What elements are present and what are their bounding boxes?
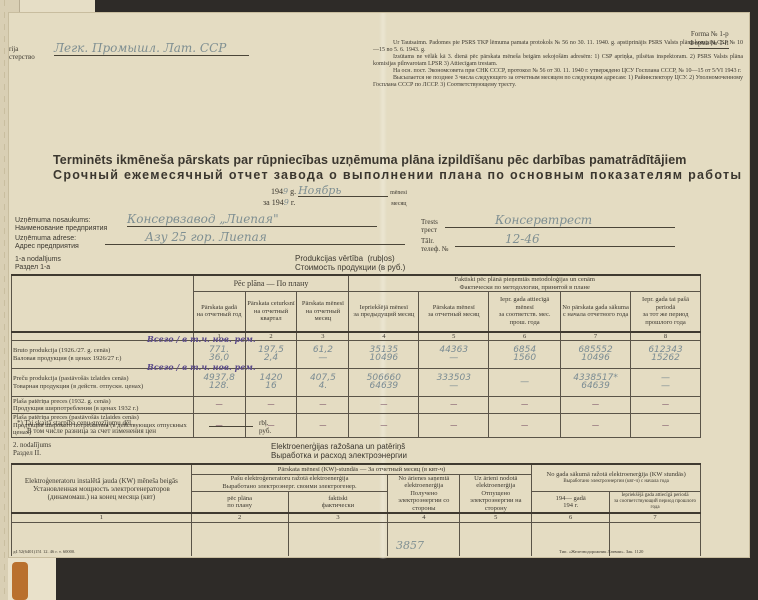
col-number-3: 3 <box>288 513 388 522</box>
cell: 50666064639 <box>349 369 419 397</box>
cell: — <box>419 397 489 414</box>
year-prefix-lv: 194 <box>271 187 283 196</box>
footnote-unit: rbļ. руб. <box>259 419 271 435</box>
ministry-value: Легк. Промышл. Лат. ССР <box>54 41 249 56</box>
year-digit-ru: 9 <box>284 198 289 207</box>
year-digit-lv: 9 <box>283 187 288 196</box>
row-label: Plaša patēriņa preces (1932. g. cenās) П… <box>12 397 194 414</box>
section2-heading: Elektroenerģijas ražošana un patēriņš Вы… <box>271 442 407 460</box>
col-number-5: 5 <box>460 513 532 522</box>
trust-label: Trests трест <box>421 218 438 234</box>
col-number-7: 7 <box>610 513 701 522</box>
instructions-ru-2: Высылается не позднее 3 числа следующего… <box>373 75 743 89</box>
year-prefix-ru: за 194 <box>263 198 284 207</box>
col-number-7: 7 <box>561 332 631 341</box>
cell: 333503— <box>419 369 489 397</box>
period-block: 1949 g. Ноябрь mēnesi за 1949 г. месяц <box>271 185 407 208</box>
row2-annotation: Всего / в т.ч. нов. рем. <box>147 363 256 372</box>
table-row-commodity-output: Preču produkcija (pastāvošās izlaides ce… <box>12 369 701 397</box>
cell: — <box>245 397 297 414</box>
cell: — <box>193 397 245 414</box>
year-suffix-lv: g. <box>290 187 296 196</box>
col-number-3: 3 <box>297 332 349 341</box>
cell: — <box>297 414 349 438</box>
address-label-ru: Адрес предприятия <box>15 243 79 251</box>
price-change-footnote: *) Tai skaitā starpība cenu grozījumu dē… <box>17 419 156 435</box>
row-label: Preču produkcija (pastāvošās izlaides ce… <box>12 369 194 397</box>
plan-header: pēc plānaпо плану <box>191 492 288 513</box>
fact-group-header-ru: Фактически по методологии, принятой в пл… <box>350 284 699 292</box>
row-label-header <box>12 275 194 332</box>
year-previous-header: Iepriekšējā gada attiecīgā periodāза соо… <box>610 492 701 513</box>
address-label: Uzņēmuma adrese: Адрес предприятия <box>15 235 79 251</box>
trust-label-ru: трест <box>421 226 438 234</box>
col-number-6: 6 <box>489 332 561 341</box>
cell: 68541560 <box>489 341 561 369</box>
cell: — <box>631 397 701 414</box>
phone-label-ru: телеф. № <box>421 245 449 253</box>
col-header-6: Iepr. gada attiecīgā mēnesīза соответств… <box>489 292 561 332</box>
cell: 44363— <box>419 341 489 369</box>
tape-stain <box>12 562 28 600</box>
year-current-header: 194— gadā194 г. <box>532 492 610 513</box>
phone-label-lv: Tālr. <box>421 237 449 245</box>
cell: 4338517*64639 <box>561 369 631 397</box>
printer-info: Тип. «Железнодорожник Латвии». Зак. 1120 <box>559 549 643 554</box>
cell: — <box>489 414 561 438</box>
cell: — <box>297 397 349 414</box>
col-number-6: 6 <box>532 513 610 522</box>
fact-group-header-lv: Faktiski pēc plānā pieņemtās metodoloģij… <box>350 276 699 284</box>
table-row-consumer-goods-1932: Plaša patēriņa preces (1932. g. cenās) П… <box>12 397 701 414</box>
paper-edge <box>20 0 95 12</box>
instructions-block: Ur Tautsaimn. Padomes pie PSRS TKP lēmum… <box>373 40 743 89</box>
footnote-value-line <box>209 426 253 427</box>
col-number-4: 4 <box>388 513 460 522</box>
section1-label-lv: 1-a nodalījums <box>15 256 61 264</box>
row1-annotation: Всего / в т.ч. нов. рем. <box>147 335 256 344</box>
cell: 142016 <box>245 369 297 397</box>
month-value: Ноябрь <box>298 185 388 197</box>
section2-label: 2. nodalījums Раздел II. <box>13 441 51 457</box>
print-code: д4 52(6401)151 12. 46 г. т. 60000. <box>13 549 75 554</box>
month-label-ru: месяц <box>391 201 406 207</box>
address-value: Азу 25 гор. Лиепая <box>105 230 405 245</box>
received-header: No ārienes saņemtā elektroenerģija Получ… <box>388 474 460 513</box>
footnote-ru: В том числе разница за счет изменения це… <box>17 427 156 435</box>
cell: 68555210496 <box>561 341 631 369</box>
report-form-sheet: rija стерство Легк. Промышл. Лат. ССР Fo… <box>8 12 750 558</box>
cell: — <box>349 414 419 438</box>
section1-heading-ru: Стоимость продукции <box>295 263 376 272</box>
cell: 4937,8128. <box>193 369 245 397</box>
month-group-header: Pārskata mēnesī (KW)-stundās — За отчетн… <box>191 464 532 474</box>
col-number-1: 1 <box>12 513 192 522</box>
month-label-lv: mēnesi <box>390 190 407 196</box>
cell: 3513510496 <box>349 341 419 369</box>
enterprise-name-label: Uzņēmuma nosaukums: Наименование предпри… <box>15 217 107 233</box>
instructions-ru-1: На осн. пост. Экономсовета при СНК СССР,… <box>373 68 743 75</box>
cell <box>460 522 532 556</box>
section1-heading-lv: Produkcijas vērtība <box>295 254 363 263</box>
plan-group-header: Pēc plāna — По плану <box>193 275 349 292</box>
production-value-table: Pēc plāna — По плану Faktiski pēc plānā … <box>11 274 701 438</box>
own-generation-header: Pašu elektroģeneratoru ražotā elektroene… <box>191 474 388 492</box>
installed-capacity-header: Elektroģeneratoru instalētā jauda (KW) m… <box>12 464 192 513</box>
phone-label: Tālr. телеф. № <box>421 237 449 253</box>
cell: 407,54. <box>297 369 349 397</box>
col-number-4: 4 <box>349 332 419 341</box>
col-number-5: 5 <box>419 332 489 341</box>
cell: — <box>349 397 419 414</box>
footnote-lv: *) Tai skaitā starpība cenu grozījumu dē… <box>17 419 156 427</box>
section1-heading: Produkcijas vērtība (rubļos) Стоимость п… <box>295 254 405 272</box>
year-group-header: No gada sākumā ražotā elektroenerģija (K… <box>532 464 701 492</box>
col-number-8: 8 <box>631 332 701 341</box>
section1-unit-lv: (rubļos) <box>367 254 394 263</box>
archive-tape <box>8 558 56 600</box>
col-header-8: Iepr. gada tai pašā periodāза тот же пер… <box>631 292 701 332</box>
cell: — <box>631 414 701 438</box>
cell <box>288 522 388 556</box>
trust-label-lv: Trests <box>421 218 438 226</box>
col-header-3: Pārskata mēnesīна отчетный месяц <box>297 292 349 332</box>
col-number-2: 2 <box>191 513 288 522</box>
col-header-2: Pārskata ceturksnīна отчетный квартал <box>245 292 297 332</box>
form-number-lv: Forma № 1-p <box>689 30 729 39</box>
section1-unit-ru: (в руб.) <box>378 263 405 272</box>
cell: — <box>561 414 631 438</box>
year-suffix-ru: г. <box>291 198 295 207</box>
cell: — <box>489 369 561 397</box>
instructions-lv-2: Izsūtams ne vēlāk kā 3. dienā pēc pārska… <box>373 54 743 68</box>
col-header-5: Pārskata mēnesīза отчетный месяц <box>419 292 489 332</box>
cell: — <box>489 397 561 414</box>
instructions-lv-1: Ur Tautsaimn. Padomes pie PSRS TKP lēmum… <box>373 40 743 54</box>
col-header-7: No pārskata gada sākumaс начала отчетног… <box>561 292 631 332</box>
cell: — <box>561 397 631 414</box>
title-ru: Срочный ежемесячный отчет завода о выпол… <box>53 168 742 182</box>
handwritten-archive-number: 3857 <box>396 539 424 552</box>
ministry-label: rija стерство <box>9 45 35 61</box>
col-header-1: Pārskata gadāна отчетный год <box>193 292 245 332</box>
enterprise-name-label-lv: Uzņēmuma nosaukums: <box>15 217 107 225</box>
address-label-lv: Uzņēmuma adrese: <box>15 235 79 243</box>
section1-label-ru: Раздел 1-а <box>15 264 61 272</box>
ministry-label-lv: rija <box>9 45 35 53</box>
supplied-header: Uz ārieni nodotā elektroenerģija Отпущен… <box>460 474 532 513</box>
enterprise-name-value: Консервзавод „Лиепая" <box>127 212 377 227</box>
cell: 61234315262 <box>631 341 701 369</box>
phone-value: 12-46 <box>455 232 675 247</box>
cell: 61,2— <box>297 341 349 369</box>
ministry-label-ru: стерство <box>9 53 35 61</box>
trust-value: Консервтрест <box>445 213 675 228</box>
enterprise-name-label-ru: Наименование предприятия <box>15 225 107 233</box>
table-row-gross-output: Bruto produkcija (1926./27. g. cenās) Ва… <box>12 341 701 369</box>
cell: —— <box>631 369 701 397</box>
actual-header: faktiskiфактически <box>288 492 388 513</box>
fact-group-header: Faktiski pēc plānā pieņemtās metodoloģij… <box>349 275 701 292</box>
title-lv: Terminēts ikmēneša pārskats par rūpniecī… <box>53 153 687 167</box>
section1-label: 1-a nodalījums Раздел 1-а <box>15 256 61 272</box>
cell: — <box>419 414 489 438</box>
col-header-4: Iepriekšējā mēnesīза предыдущий месяц <box>349 292 419 332</box>
electricity-table: Elektroģeneratoru instalētā jauda (KW) m… <box>11 463 701 556</box>
cell <box>191 522 288 556</box>
